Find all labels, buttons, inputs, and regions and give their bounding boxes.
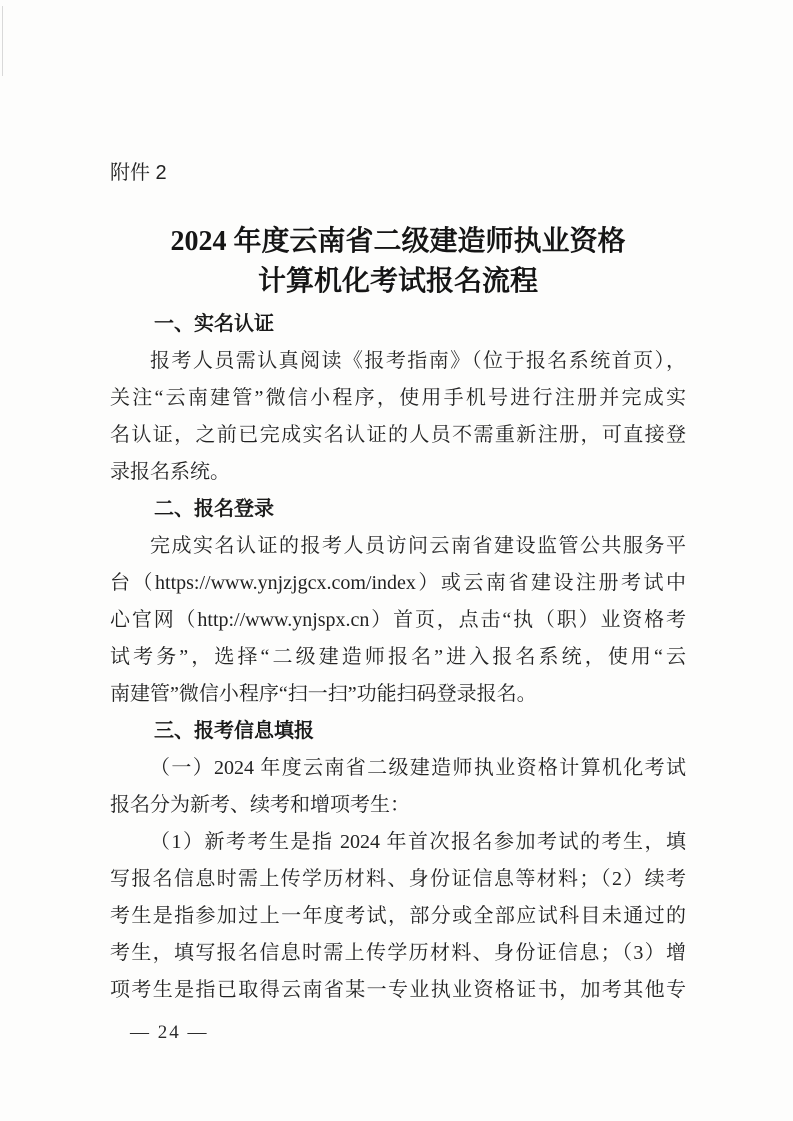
text-line: 写报名信息时需上传学历材料、身份证信息等材料；（2）续考 (110, 861, 686, 898)
scanned-document-page: 附件 2 2024 年度云南省二级建造师执业资格 计算机化考试报名流程 一、实名… (0, 0, 793, 1121)
document-content: 附件 2 2024 年度云南省二级建造师执业资格 计算机化考试报名流程 一、实名… (110, 160, 686, 1009)
text-line: 名认证，之前已完成实名认证的人员不需重新注册，可直接登 (110, 417, 686, 454)
title-line-2: 计算机化考试报名流程 (110, 262, 686, 302)
text-line: 报名分为新考、续考和增项考生： (110, 787, 686, 824)
text-line: 关注“云南建管”微信小程序，使用手机号进行注册并完成实 (110, 380, 686, 417)
page-number: — 24 — (130, 1022, 209, 1044)
section-heading-1: 一、实名认证 (110, 306, 686, 343)
text-line: 完成实名认证的报考人员访问云南省建设监管公共服务平 (110, 528, 686, 565)
section-heading-3: 三、报考信息填报 (110, 713, 686, 750)
text-line: 项考生是指已取得云南省某一专业执业资格证书，加考其他专 (110, 972, 686, 1009)
title-line-1: 2024 年度云南省二级建造师执业资格 (110, 222, 686, 262)
text-line: （1）新考考生是指 2024 年首次报名参加考试的考生，填 (110, 824, 686, 861)
text-line: 录报名系统。 (110, 454, 686, 491)
text-line: 南建管”微信小程序“扫一扫”功能扫码登录报名。 (110, 676, 686, 713)
scan-artifact (2, 6, 3, 76)
text-line: 报考人员需认真阅读《报考指南》（位于报名系统首页）， (110, 343, 686, 380)
text-line: 心官网（http://www.ynjspx.cn）首页，点击“执（职）业资格考 (110, 602, 686, 639)
text-line: 考生，填写报名信息时需上传学历材料、身份证信息；（3）增 (110, 935, 686, 972)
text-line: 考生是指参加过上一年度考试，部分或全部应试科目未通过的 (110, 898, 686, 935)
text-line: （一）2024 年度云南省二级建造师执业资格计算机化考试 (110, 750, 686, 787)
attachment-label: 附件 2 (110, 160, 686, 186)
document-title: 2024 年度云南省二级建造师执业资格 计算机化考试报名流程 (110, 222, 686, 302)
text-line: 台（https://www.ynjzjgcx.com/index）或云南省建设注… (110, 565, 686, 602)
section-heading-2: 二、报名登录 (110, 491, 686, 528)
text-line: 试考务”，选择“二级建造师报名”进入报名系统，使用“云 (110, 639, 686, 676)
